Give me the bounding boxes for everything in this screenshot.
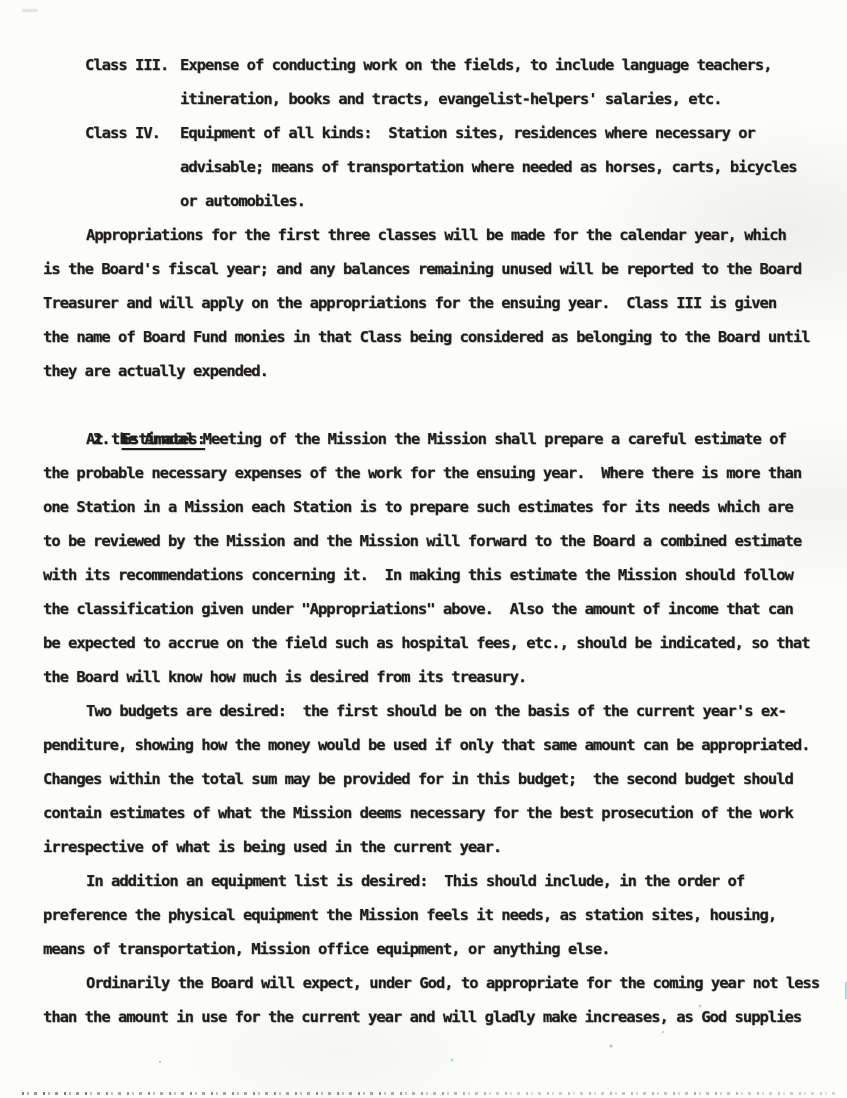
text-line: advisable; means of transportation where…	[43, 150, 833, 184]
class-description: Equipment of all kinds: Station sites, r…	[180, 116, 755, 150]
text-line: one Station in a Mission each Station is…	[43, 490, 833, 524]
scanned-document-page: Class III. Expense of conducting work on…	[0, 0, 847, 1098]
text-line: than the amount in use for the current y…	[43, 1000, 833, 1034]
scan-artifact-bottom-edge	[22, 1092, 841, 1095]
text-line: is the Board's fiscal year; and any bala…	[43, 252, 833, 286]
text-line: In addition an equipment list is desired…	[43, 864, 833, 898]
text-line: the probable necessary expenses of the w…	[43, 456, 833, 490]
text-line: to be reviewed by the Mission and the Mi…	[43, 524, 833, 558]
class-item-row: Class III. Expense of conducting work on…	[43, 48, 833, 82]
text-line: the Board will know how much is desired …	[43, 660, 833, 694]
text-line: with its recommendations concerning it. …	[43, 558, 833, 592]
text-line: Two budgets are desired: the first shoul…	[43, 694, 833, 728]
text-line: means of transportation, Mission office …	[43, 932, 833, 966]
text-line: Ordinarily the Board will expect, under …	[43, 966, 833, 1000]
document-text: Class III. Expense of conducting work on…	[43, 48, 833, 1034]
class-label: Class IV.	[85, 116, 160, 150]
text-line: irrespective of what is being used in th…	[43, 830, 833, 864]
class-item-row: Class IV. Equipment of all kinds: Statio…	[43, 116, 833, 150]
text-line: the classification given under "Appropri…	[43, 592, 833, 626]
text-line: be expected to accrue on the field such …	[43, 626, 833, 660]
section-heading: 2.Estimates:	[43, 388, 833, 422]
class-label: Class III.	[85, 48, 168, 82]
text-line: they are actually expended.	[43, 354, 833, 388]
text-line: contain estimates of what the Mission de…	[43, 796, 833, 830]
text-line: Treasurer and will apply on the appropri…	[43, 286, 833, 320]
scan-artifact-topleft-smudge	[22, 9, 38, 12]
text-line: itineration, books and tracts, evangelis…	[43, 82, 833, 116]
text-line: penditure, showing how the money would b…	[43, 728, 833, 762]
text-line: the name of Board Fund monies in that Cl…	[43, 320, 833, 354]
text-line: Changes within the total sum may be prov…	[43, 762, 833, 796]
text-line: preference the physical equipment the Mi…	[43, 898, 833, 932]
text-line: Appropriations for the first three class…	[43, 218, 833, 252]
text-line: or automobiles.	[43, 184, 833, 218]
text-line: At the Annual Meeting of the Mission the…	[43, 422, 833, 456]
class-description: Expense of conducting work on the fields…	[180, 48, 772, 82]
